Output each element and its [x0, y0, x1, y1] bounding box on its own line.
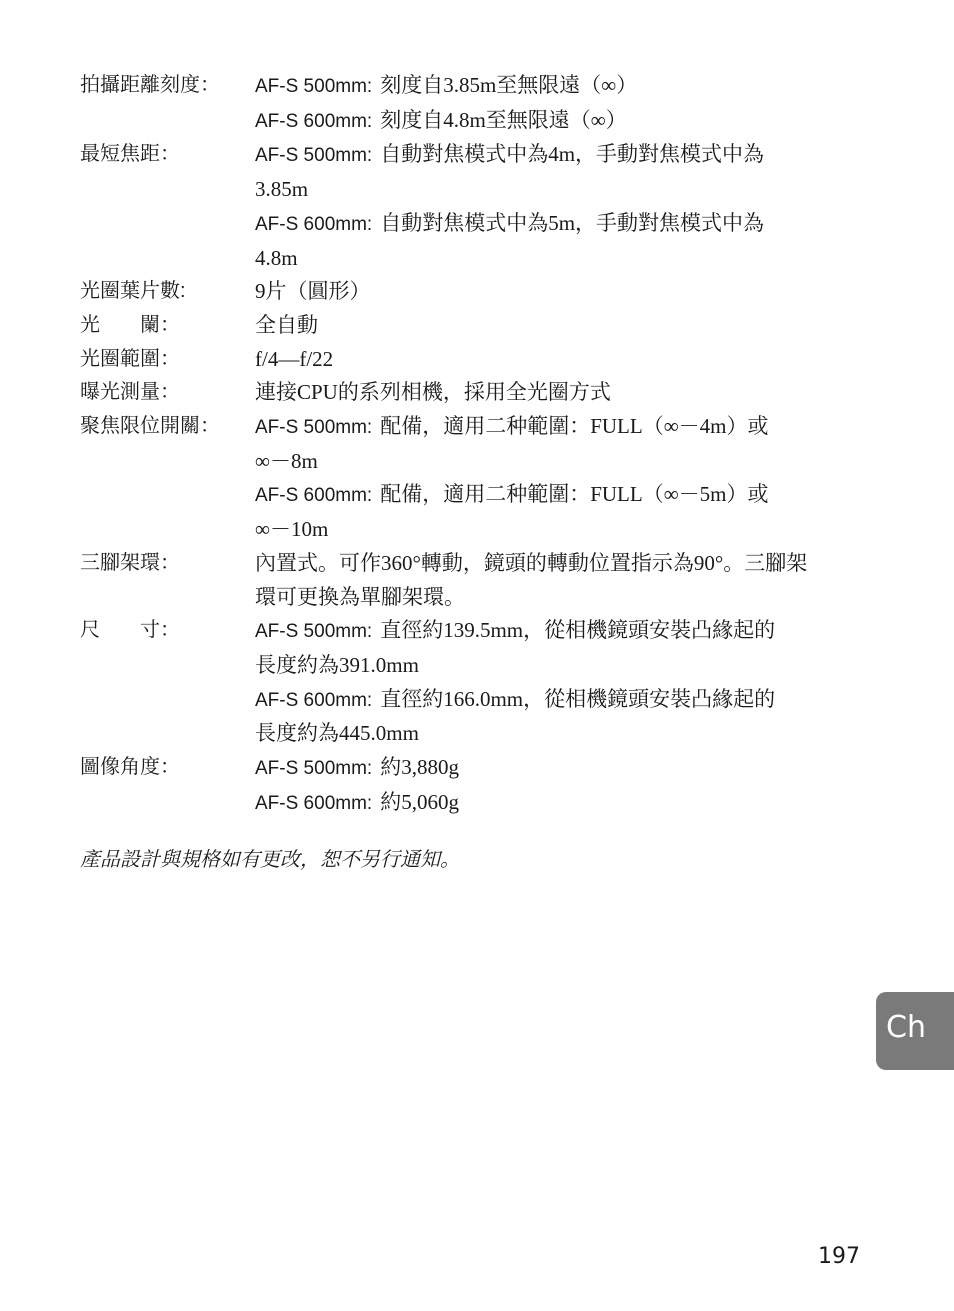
- spec-line: AF-S 600mm:配備，適用二种範圍：FULL（∞－5m）或: [255, 478, 860, 513]
- spec-row: 尺 寸：AF-S 500mm:直徑約139.5mm，從相機鏡頭安裝凸緣起的長度約…: [80, 614, 860, 751]
- spec-line: AF-S 600mm:自動對焦模式中為5m，手動對焦模式中為: [255, 207, 860, 242]
- spec-label: 光圈葉片數:: [80, 275, 255, 309]
- model-name: AF-S 500mm:: [255, 758, 372, 779]
- spec-label: 拍攝距離刻度：: [80, 69, 255, 138]
- spec-value: AF-S 500mm:自動對焦模式中為4m，手動對焦模式中為3.85mAF-S …: [255, 138, 860, 275]
- model-name: AF-S 500mm:: [255, 145, 372, 166]
- spec-label: 曝光測量：: [80, 376, 255, 410]
- spec-value: AF-S 500mm:刻度自3.85m至無限遠（∞）AF-S 600mm:刻度自…: [255, 69, 860, 138]
- spec-row: 拍攝距離刻度：AF-S 500mm:刻度自3.85m至無限遠（∞）AF-S 60…: [80, 69, 860, 138]
- model-name: AF-S 500mm:: [255, 417, 372, 438]
- spec-line: AF-S 500mm:自動對焦模式中為4m，手動對焦模式中為: [255, 138, 860, 173]
- spec-text: f/4—f/22: [255, 347, 333, 371]
- spec-text: 自動對焦模式中為4m，手動對焦模式中為: [380, 142, 764, 166]
- spec-text: 約3,880g: [380, 755, 459, 779]
- spec-value: AF-S 500mm:配備，適用二种範圍：FULL（∞－4m）或∞－8mAF-S…: [255, 410, 860, 547]
- chapter-tab-label: Ch: [886, 1010, 926, 1045]
- spec-text: 長度約為445.0mm: [255, 721, 419, 745]
- spec-label: 尺 寸：: [80, 614, 255, 751]
- spec-text: 長度約為391.0mm: [255, 653, 419, 677]
- spec-text: 3.85m: [255, 177, 308, 201]
- disclaimer-note: 產品設計與規格如有更改，恕不另行通知。: [80, 843, 460, 872]
- spec-text: 配備，適用二种範圍：FULL（∞－5m）或: [380, 482, 768, 506]
- spec-line: AF-S 600mm:直徑約166.0mm，從相機鏡頭安裝凸緣起的: [255, 683, 860, 718]
- spec-value: 內置式。可作360°轉動，鏡頭的轉動位置指示為90°。三腳架環可更換為單腳架環。: [255, 547, 860, 614]
- spec-text: 配備，適用二种範圍：FULL（∞－4m）或: [380, 414, 768, 438]
- spec-line: 9片（圓形）: [255, 275, 860, 309]
- spec-line: 長度約為391.0mm: [255, 649, 860, 683]
- spec-row: 曝光測量：連接CPU的系列相機，採用全光圈方式: [80, 376, 860, 410]
- spec-line: 內置式。可作360°轉動，鏡頭的轉動位置指示為90°。三腳架: [255, 547, 860, 581]
- spec-text: 內置式。可作360°轉動，鏡頭的轉動位置指示為90°。三腳架: [255, 551, 807, 575]
- spec-text: 全自動: [255, 313, 318, 337]
- spec-text: 環可更換為單腳架環。: [255, 585, 465, 609]
- spec-label: 最短焦距：: [80, 138, 255, 275]
- spec-line: 4.8m: [255, 242, 860, 276]
- spec-text: 刻度自4.8m至無限遠（∞）: [380, 108, 627, 132]
- spec-value: f/4—f/22: [255, 343, 860, 377]
- spec-label: 光圈範圍：: [80, 343, 255, 377]
- spec-text: ∞－8m: [255, 449, 318, 473]
- spec-text: 約5,060g: [380, 790, 459, 814]
- page-number: 197: [818, 1244, 860, 1269]
- model-name: AF-S 500mm:: [255, 621, 372, 642]
- spec-label: 三腳架環：: [80, 547, 255, 614]
- spec-text: ∞－10m: [255, 517, 328, 541]
- spec-text: 自動對焦模式中為5m，手動對焦模式中為: [380, 211, 764, 235]
- spec-line: AF-S 500mm:直徑約139.5mm，從相機鏡頭安裝凸緣起的: [255, 614, 860, 649]
- model-name: AF-S 600mm:: [255, 793, 372, 814]
- spec-row: 圖像角度：AF-S 500mm:約3,880gAF-S 600mm:約5,060…: [80, 751, 860, 820]
- spec-row: 最短焦距：AF-S 500mm:自動對焦模式中為4m，手動對焦模式中為3.85m…: [80, 138, 860, 275]
- spec-label: 圖像角度：: [80, 751, 255, 820]
- model-name: AF-S 500mm:: [255, 76, 372, 97]
- spec-text: 直徑約166.0mm，從相機鏡頭安裝凸緣起的: [380, 687, 775, 711]
- model-name: AF-S 600mm:: [255, 111, 372, 132]
- spec-line: 長度約為445.0mm: [255, 717, 860, 751]
- spec-row: 三腳架環：內置式。可作360°轉動，鏡頭的轉動位置指示為90°。三腳架環可更換為…: [80, 547, 860, 614]
- chapter-tab: Ch: [876, 992, 954, 1070]
- model-name: AF-S 600mm:: [255, 485, 372, 506]
- spec-value: AF-S 500mm:直徑約139.5mm，從相機鏡頭安裝凸緣起的長度約為391…: [255, 614, 860, 751]
- spec-line: ∞－10m: [255, 513, 860, 547]
- spec-row: 光圈範圍：f/4—f/22: [80, 343, 860, 377]
- model-name: AF-S 600mm:: [255, 214, 372, 235]
- spec-label: 聚焦限位開關：: [80, 410, 255, 547]
- spec-label: 光 闌：: [80, 309, 255, 343]
- spec-value: 9片（圓形）: [255, 275, 860, 309]
- spec-line: ∞－8m: [255, 445, 860, 479]
- spec-text: 連接CPU的系列相機，採用全光圈方式: [255, 380, 611, 404]
- spec-list: 拍攝距離刻度：AF-S 500mm:刻度自3.85m至無限遠（∞）AF-S 60…: [80, 69, 860, 820]
- spec-text: 9片（圓形）: [255, 279, 371, 303]
- spec-line: AF-S 500mm:約3,880g: [255, 751, 860, 786]
- spec-line: 全自動: [255, 309, 860, 343]
- spec-line: AF-S 600mm:刻度自4.8m至無限遠（∞）: [255, 104, 860, 139]
- spec-line: f/4—f/22: [255, 343, 860, 377]
- spec-line: AF-S 600mm:約5,060g: [255, 786, 860, 821]
- spec-text: 4.8m: [255, 246, 298, 270]
- spec-line: 環可更換為單腳架環。: [255, 581, 860, 615]
- spec-text: 刻度自3.85m至無限遠（∞）: [380, 73, 637, 97]
- spec-text: 直徑約139.5mm，從相機鏡頭安裝凸緣起的: [380, 618, 775, 642]
- spec-line: 連接CPU的系列相機，採用全光圈方式: [255, 376, 860, 410]
- spec-line: AF-S 500mm:配備，適用二种範圍：FULL（∞－4m）或: [255, 410, 860, 445]
- spec-line: AF-S 500mm:刻度自3.85m至無限遠（∞）: [255, 69, 860, 104]
- spec-value: 連接CPU的系列相機，採用全光圈方式: [255, 376, 860, 410]
- spec-row: 光 闌：全自動: [80, 309, 860, 343]
- spec-row: 聚焦限位開關：AF-S 500mm:配備，適用二种範圍：FULL（∞－4m）或∞…: [80, 410, 860, 547]
- spec-row: 光圈葉片數:9片（圓形）: [80, 275, 860, 309]
- spec-value: 全自動: [255, 309, 860, 343]
- spec-value: AF-S 500mm:約3,880gAF-S 600mm:約5,060g: [255, 751, 860, 820]
- spec-line: 3.85m: [255, 173, 860, 207]
- model-name: AF-S 600mm:: [255, 690, 372, 711]
